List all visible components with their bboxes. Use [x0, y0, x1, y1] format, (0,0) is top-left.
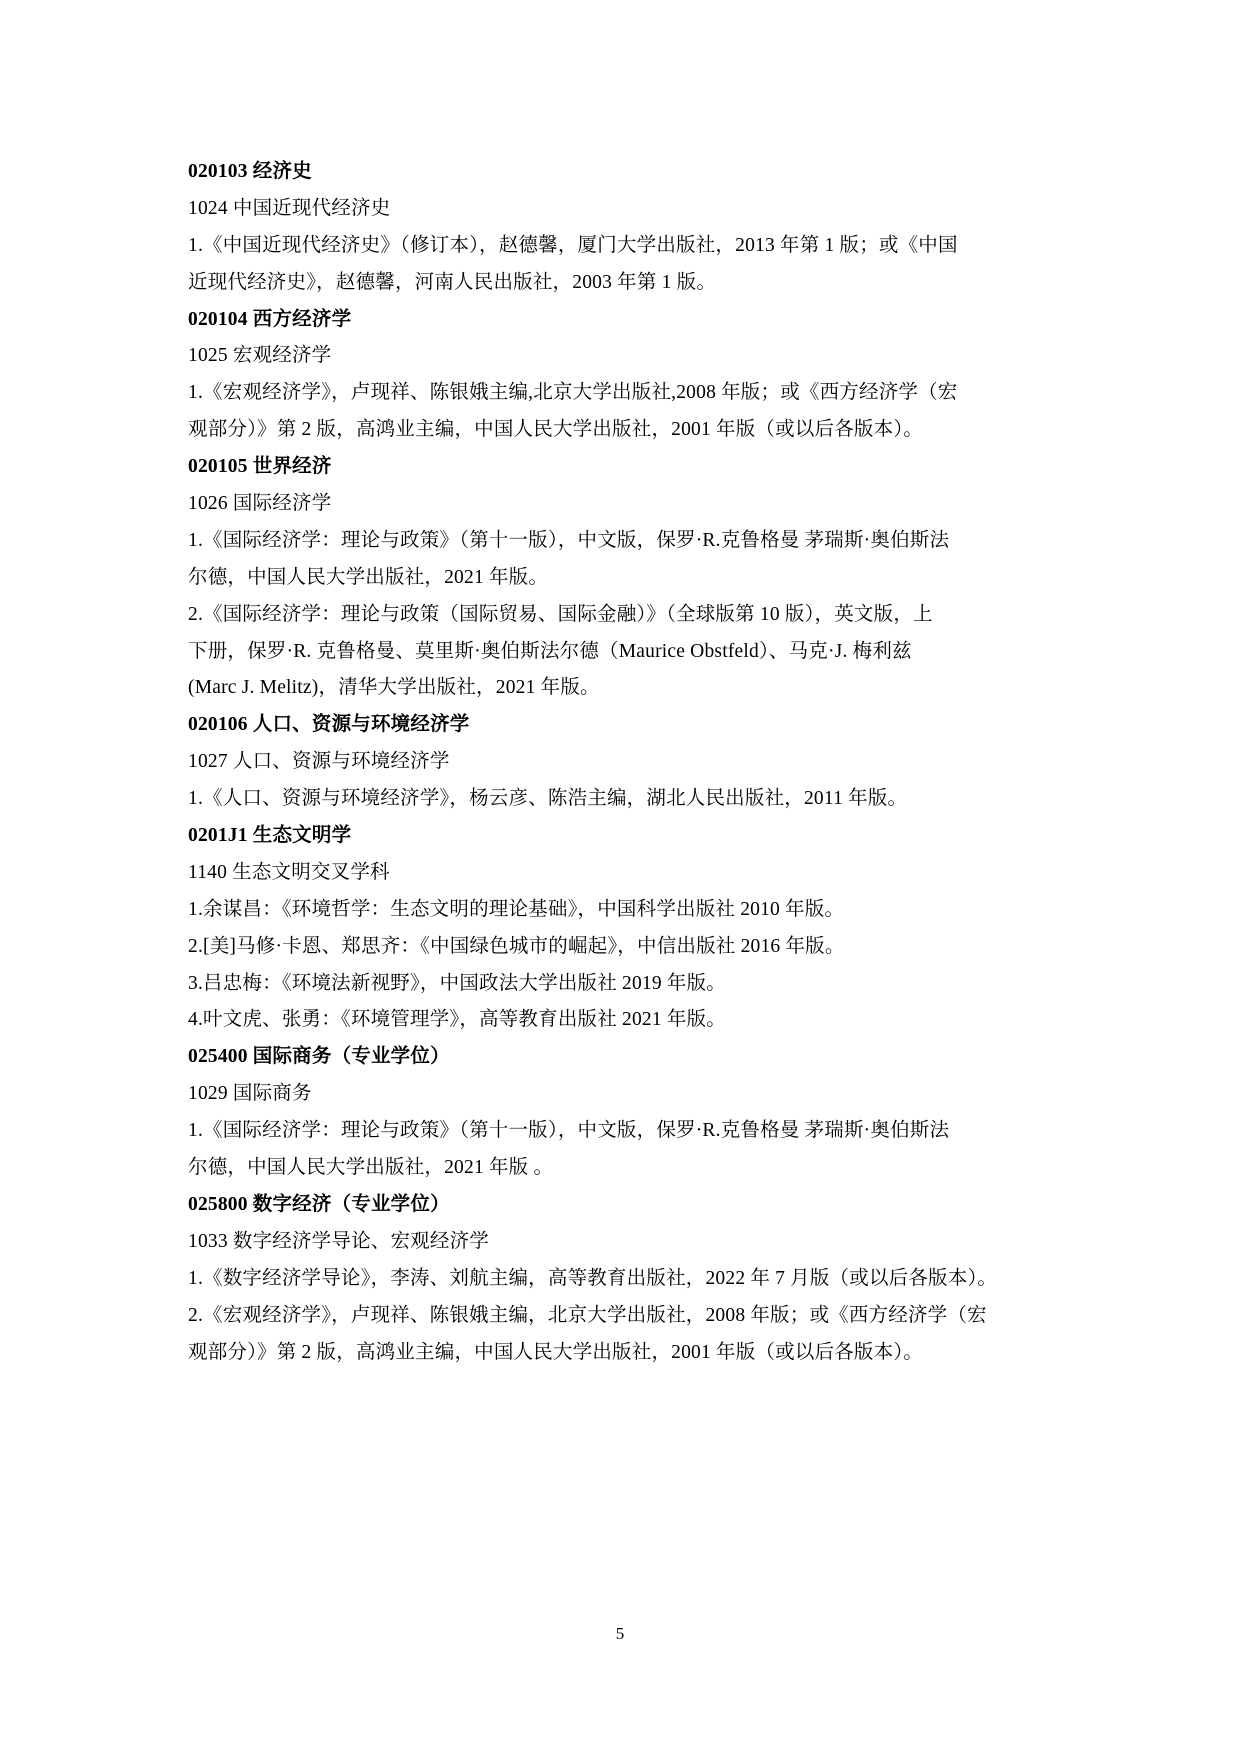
- reference-text: 1.《国际经济学：理论与政策》（第十一版），中文版，保罗·R.克鲁格曼 茅瑞斯·…: [188, 1113, 1058, 1150]
- reference-text: 近现代经济史》，赵德馨，河南人民出版社，2003 年第 1 版。: [188, 265, 1058, 302]
- reference-text: 1.《国际经济学：理论与政策》（第十一版），中文版，保罗·R.克鲁格曼 茅瑞斯·…: [188, 523, 1058, 560]
- reference-text: 1.《中国近现代经济史》（修订本），赵德馨，厦门大学出版社，2013 年第 1 …: [188, 228, 1058, 265]
- section-heading-025400: 025400 国际商务（专业学位）: [188, 1039, 1058, 1076]
- reference-text: 4.叶文虎、张勇：《环境管理学》，高等教育出版社 2021 年版。: [188, 1002, 1058, 1039]
- course-title-1029: 1029 国际商务: [188, 1076, 1058, 1113]
- reference-text: 1.余谋昌：《环境哲学：生态文明的理论基础》，中国科学出版社 2010 年版。: [188, 892, 1058, 929]
- course-title-1024: 1024 中国近现代经济史: [188, 191, 1058, 228]
- document-body: 020103 经济史 1024 中国近现代经济史 1.《中国近现代经济史》（修订…: [188, 154, 1058, 1371]
- reference-text: 1.《宏观经济学》，卢现祥、陈银娥主编,北京大学出版社,2008 年版；或《西方…: [188, 375, 1058, 412]
- course-title-1026: 1026 国际经济学: [188, 486, 1058, 523]
- page-number: 5: [0, 1624, 1240, 1644]
- reference-text: 尔德，中国人民大学出版社，2021 年版 。: [188, 1150, 1058, 1187]
- section-heading-020104: 020104 西方经济学: [188, 302, 1058, 339]
- section-heading-020106: 020106 人口、资源与环境经济学: [188, 707, 1058, 744]
- section-heading-020103: 020103 经济史: [188, 154, 1058, 191]
- course-title-1033: 1033 数字经济学导论、宏观经济学: [188, 1224, 1058, 1261]
- reference-text: 2.《宏观经济学》，卢现祥、陈银娥主编，北京大学出版社，2008 年版；或《西方…: [188, 1298, 1058, 1335]
- reference-text: 观部分）》第 2 版，高鸿业主编，中国人民大学出版社，2001 年版（或以后各版…: [188, 1335, 1058, 1372]
- section-heading-025800: 025800 数字经济（专业学位）: [188, 1187, 1058, 1224]
- reference-text: 尔德，中国人民大学出版社，2021 年版。: [188, 560, 1058, 597]
- course-title-1140: 1140 生态文明交叉学科: [188, 855, 1058, 892]
- reference-text: 2.[美]马修·卡恩、郑思齐：《中国绿色城市的崛起》，中信出版社 2016 年版…: [188, 929, 1058, 966]
- reference-text: 1.《人口、资源与环境经济学》，杨云彦、陈浩主编，湖北人民出版社，2011 年版…: [188, 781, 1058, 818]
- reference-text: 观部分）》第 2 版，高鸿业主编，中国人民大学出版社，2001 年版（或以后各版…: [188, 412, 1058, 449]
- section-heading-020105: 020105 世界经济: [188, 449, 1058, 486]
- course-title-1027: 1027 人口、资源与环境经济学: [188, 744, 1058, 781]
- reference-text: 3.吕忠梅：《环境法新视野》，中国政法大学出版社 2019 年版。: [188, 966, 1058, 1003]
- reference-text: 下册，保罗·R. 克鲁格曼、莫里斯·奥伯斯法尔德（Maurice Obstfel…: [188, 634, 1058, 671]
- reference-text: 2.《国际经济学：理论与政策（国际贸易、国际金融）》（全球版第 10 版），英文…: [188, 597, 1058, 634]
- course-title-1025: 1025 宏观经济学: [188, 338, 1058, 375]
- reference-text: 1.《数字经济学导论》，李涛、刘航主编，高等教育出版社，2022 年 7 月版（…: [188, 1261, 1058, 1298]
- section-heading-0201J1: 0201J1 生态文明学: [188, 818, 1058, 855]
- reference-text: (Marc J. Melitz)，清华大学出版社，2021 年版。: [188, 670, 1058, 707]
